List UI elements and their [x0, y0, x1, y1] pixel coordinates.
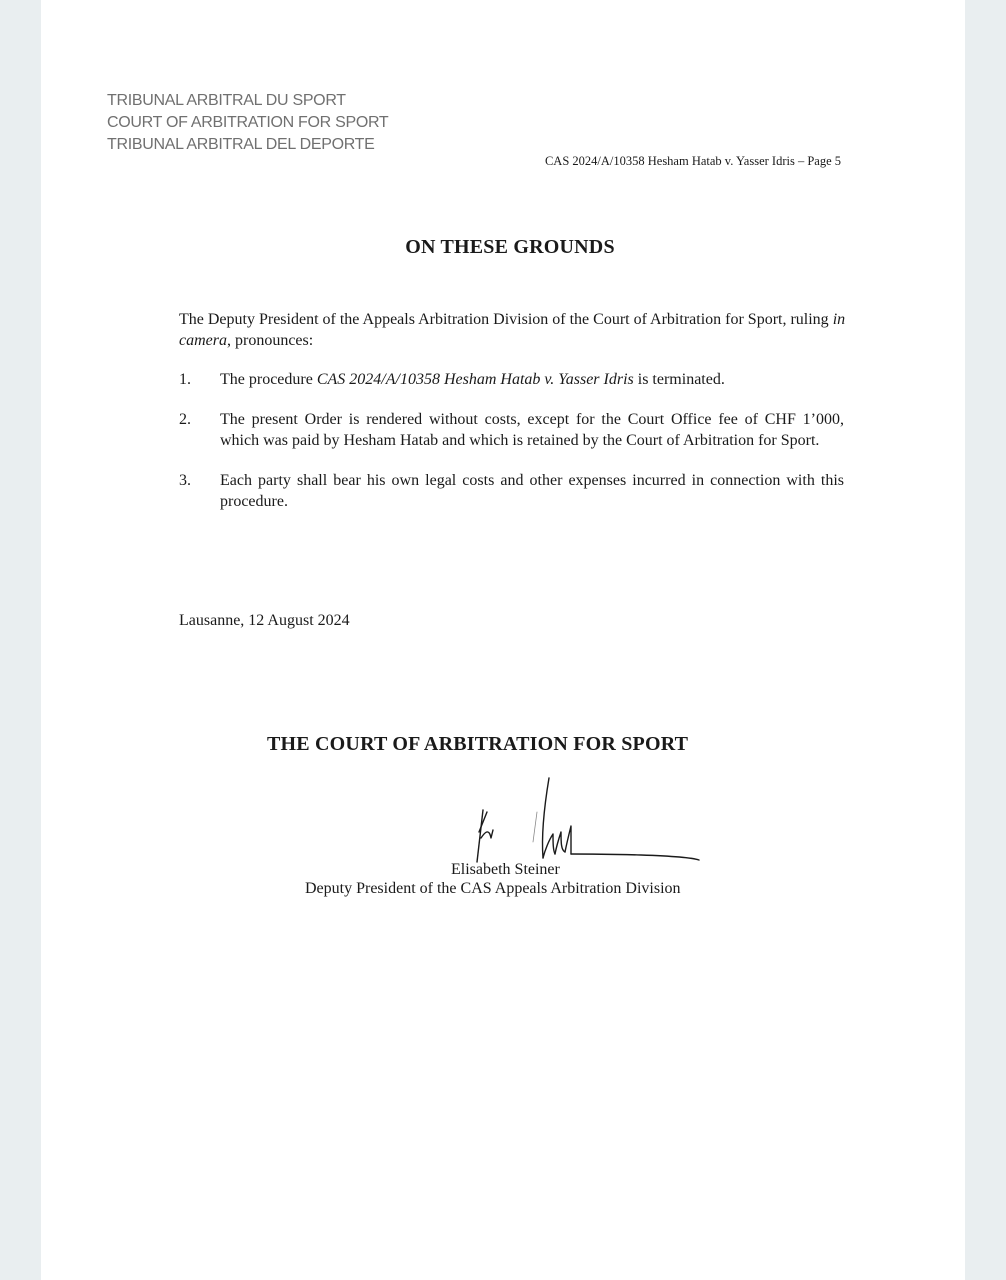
ruling-item: 2. The present Order is rendered without…: [179, 409, 844, 451]
ruling-text-start: The procedure: [220, 371, 317, 388]
case-reference: CAS 2024/A/10358 Hesham Hatab v. Yasser …: [317, 371, 634, 388]
ruling-number: 3.: [179, 470, 220, 512]
place-and-date: Lausanne, 12 August 2024: [179, 612, 350, 630]
ruling-number: 2.: [179, 409, 220, 451]
ruling-list: 1. The procedure CAS 2024/A/10358 Hesham…: [179, 369, 844, 531]
signer-title: Deputy President of the CAS Appeals Arbi…: [305, 880, 681, 898]
handwritten-signature-icon: [431, 772, 701, 872]
letterhead-line-english: COURT OF ARBITRATION FOR SPORT: [107, 112, 388, 134]
document-page: TRIBUNAL ARBITRAL DU SPORT COURT OF ARBI…: [41, 0, 965, 1280]
court-name: THE COURT OF ARBITRATION FOR SPORT: [267, 733, 688, 756]
ruling-text: The present Order is rendered without co…: [220, 409, 844, 451]
intro-paragraph: The Deputy President of the Appeals Arbi…: [179, 309, 859, 351]
intro-text-end: , pronounces:: [227, 332, 313, 349]
intro-text: The Deputy President of the Appeals Arbi…: [179, 311, 833, 328]
letterhead: TRIBUNAL ARBITRAL DU SPORT COURT OF ARBI…: [107, 90, 388, 156]
ruling-item: 1. The procedure CAS 2024/A/10358 Hesham…: [179, 369, 844, 390]
letterhead-line-french: TRIBUNAL ARBITRAL DU SPORT: [107, 90, 388, 112]
signer-name: Elisabeth Steiner: [451, 861, 560, 879]
ruling-text-end: is terminated.: [634, 371, 725, 388]
ruling-text: Each party shall bear his own legal cost…: [220, 470, 844, 512]
running-header: CAS 2024/A/10358 Hesham Hatab v. Yasser …: [545, 154, 841, 169]
section-title: ON THESE GROUNDS: [41, 236, 979, 259]
ruling-text: The procedure CAS 2024/A/10358 Hesham Ha…: [220, 369, 844, 390]
letterhead-line-spanish: TRIBUNAL ARBITRAL DEL DEPORTE: [107, 134, 388, 156]
ruling-item: 3. Each party shall bear his own legal c…: [179, 470, 844, 512]
ruling-number: 1.: [179, 369, 220, 390]
